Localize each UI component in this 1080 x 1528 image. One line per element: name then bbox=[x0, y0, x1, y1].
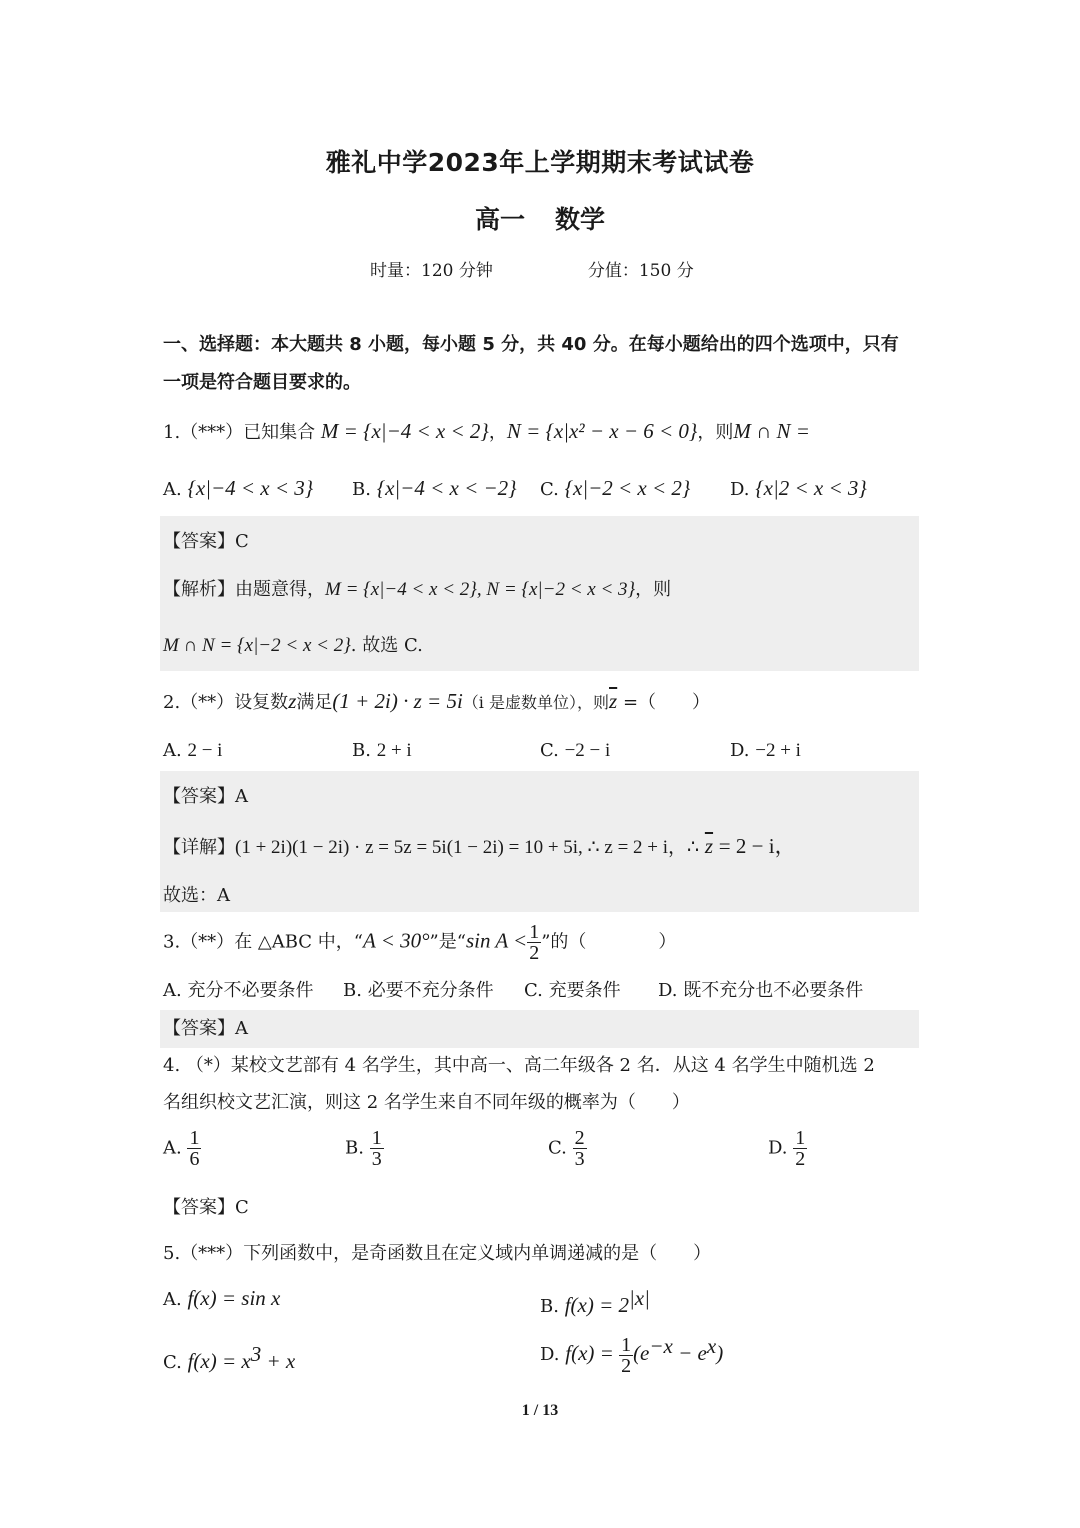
q1-option-a: A. {x|−4 < x < 3} bbox=[163, 476, 313, 501]
question-4-stem-line1: 4. （*）某校文艺部有 4 名学生，其中高一、高二年级各 2 名．从这 4 名… bbox=[163, 1051, 875, 1077]
numerator: 1 bbox=[187, 1128, 201, 1149]
difficulty: （**） bbox=[180, 932, 234, 953]
set-N: N = {x|x² − x − 6 < 0} bbox=[507, 419, 698, 443]
option-text: f(x) = x bbox=[188, 1349, 251, 1373]
question-3-stem: 3.（**）在 △ABC 中，“A < 30°”是“sin A <12”的（ ） bbox=[163, 922, 676, 963]
q3-answer-box bbox=[160, 1010, 919, 1048]
condition-b: sin A < bbox=[466, 929, 527, 953]
option-text: {x|−2 < x < 2} bbox=[565, 476, 691, 500]
q3-answer: 【答案】A bbox=[163, 1014, 248, 1040]
q2-conclusion: 故选：A bbox=[163, 881, 230, 907]
analysis-text: 由题意得， bbox=[235, 579, 325, 600]
q2-detail: 【详解】(1 + 2i)(1 − 2i) · z = 5z = 5i(1 − 2… bbox=[163, 830, 796, 860]
option-label: D. bbox=[768, 1138, 788, 1159]
q1-analysis-line1: 【解析】由题意得，M = {x|−4 < x < 2}, N = {x|−2 <… bbox=[163, 575, 671, 601]
q2-option-a: A. 2 − i bbox=[163, 740, 222, 762]
section-heading-line1: 一、选择题：本大题共 8 小题，每小题 5 分，共 40 分。在每小题给出的四个… bbox=[163, 330, 899, 356]
numerator: 1 bbox=[793, 1128, 807, 1149]
denominator: 6 bbox=[189, 1149, 199, 1169]
option-mid: − e bbox=[673, 1341, 707, 1365]
q1-option-d: D. {x|2 < x < 3} bbox=[730, 476, 867, 501]
duration: 时量：120 分钟 bbox=[370, 261, 493, 281]
analysis-math: M ∩ N = {x|−2 < x < 2} bbox=[163, 635, 351, 656]
option-text: 充分不必要条件 bbox=[187, 980, 313, 1001]
option-label: B. bbox=[352, 740, 371, 761]
q1-answer: 【答案】C bbox=[163, 527, 249, 553]
analysis-math: M = {x|−4 < x < 2}, N = {x|−2 < x < 3} bbox=[325, 579, 635, 600]
option-label: B. bbox=[343, 980, 362, 1001]
fraction: 13 bbox=[370, 1128, 384, 1169]
option-text: 充要条件 bbox=[549, 980, 621, 1001]
q3-option-a: A. 充分不必要条件 bbox=[163, 976, 313, 1002]
option-label: B. bbox=[345, 1138, 364, 1159]
numerator: 1 bbox=[370, 1128, 384, 1149]
q4-answer: 【答案】C bbox=[163, 1193, 249, 1219]
option-text: −2 + i bbox=[755, 740, 801, 761]
subject: 数学 bbox=[555, 205, 605, 234]
option-text: {x|−4 < x < −2} bbox=[377, 476, 517, 500]
question-5-stem: 5.（***）下列函数中，是奇函数且在定义域内单调递减的是（ ） bbox=[163, 1239, 711, 1265]
question-2-stem: 2.（**）设复数z满足(1 + 2i) · z = 5i（i 是虚数单位），则… bbox=[163, 688, 710, 714]
exponent: −x bbox=[649, 1334, 673, 1358]
denominator: 3 bbox=[575, 1149, 585, 1169]
fraction: 16 bbox=[187, 1128, 201, 1169]
option-label: D. bbox=[658, 980, 678, 1001]
fraction: 12 bbox=[793, 1128, 807, 1169]
separator: ， bbox=[489, 422, 507, 443]
option-label: A. bbox=[163, 980, 182, 1001]
option-label: C. bbox=[540, 479, 559, 500]
denominator: 3 bbox=[372, 1149, 382, 1169]
conjugate-z: z bbox=[705, 834, 713, 858]
q1-option-c: C. {x|−2 < x < 2} bbox=[540, 476, 690, 501]
detail-tail: = 2 − i， bbox=[719, 834, 796, 858]
q2-option-d: D. −2 + i bbox=[730, 740, 801, 762]
answer-value: A bbox=[235, 786, 248, 807]
option-text: 必要不充分条件 bbox=[368, 980, 494, 1001]
option-text: f(x) = 2 bbox=[565, 1293, 629, 1317]
q1-option-b: B. {x|−4 < x < −2} bbox=[352, 476, 517, 501]
numerator: 2 bbox=[573, 1128, 587, 1149]
answer-value: C bbox=[235, 1197, 249, 1218]
fraction: 12 bbox=[527, 922, 541, 963]
option-label: C. bbox=[548, 1138, 567, 1159]
option-text: f(x) = sin x bbox=[187, 1286, 280, 1310]
numerator: 1 bbox=[527, 922, 541, 943]
option-label: A. bbox=[163, 479, 182, 500]
answer-value: C bbox=[235, 531, 249, 552]
answer-label: 【答案】 bbox=[163, 1018, 235, 1039]
section-heading-line2: 一项是符合题目要求的。 bbox=[163, 368, 361, 394]
stem-text: 满足 bbox=[296, 692, 332, 713]
q2-answer: 【答案】A bbox=[163, 782, 248, 808]
answer-label: 【答案】 bbox=[163, 1197, 235, 1218]
question-1-stem: 1.（***）已知集合 M = {x|−4 < x < 2}，N = {x|x²… bbox=[163, 418, 810, 444]
option-tail: (e bbox=[633, 1341, 649, 1365]
intersection: M ∩ N = bbox=[733, 419, 810, 443]
stem-text: 某校文艺部有 4 名学生，其中高一、高二年级各 2 名．从这 4 名学生中随机选… bbox=[231, 1055, 875, 1076]
stem-text: 设复数 bbox=[234, 692, 288, 713]
exam-subtitle: 高一数学 bbox=[0, 200, 1080, 236]
stem-note: （i 是虚数单位），则 bbox=[463, 693, 609, 712]
answer-label: 【答案】 bbox=[163, 531, 235, 552]
stem-text: 已知集合 bbox=[243, 422, 315, 443]
option-text: 2 − i bbox=[187, 740, 222, 761]
q1-analysis-line2: M ∩ N = {x|−2 < x < 2}. 故选 C. bbox=[163, 631, 423, 657]
option-label: D. bbox=[540, 1344, 560, 1365]
q4-option-b: B. 13 bbox=[345, 1128, 384, 1169]
option-label: C. bbox=[163, 1352, 182, 1373]
analysis-tail: . 故选 C. bbox=[351, 635, 423, 656]
page-number: 1 / 13 bbox=[0, 1402, 1080, 1420]
option-text: 2 + i bbox=[377, 740, 412, 761]
stem-mid: ”是“ bbox=[430, 932, 466, 953]
stem-text: 下列函数中，是奇函数且在定义域内单调递减的是（ ） bbox=[243, 1243, 711, 1264]
exponent: |x| bbox=[629, 1286, 650, 1310]
grade: 高一 bbox=[475, 205, 525, 234]
q5-option-b: B. f(x) = 2|x| bbox=[540, 1286, 650, 1318]
fraction: 12 bbox=[619, 1335, 633, 1376]
q5-option-a: A. f(x) = sin x bbox=[163, 1286, 280, 1311]
q2-option-b: B. 2 + i bbox=[352, 740, 412, 762]
exponent: x bbox=[707, 1334, 716, 1358]
condition-a: A < 30° bbox=[363, 929, 430, 953]
answer-value: A bbox=[235, 1018, 248, 1039]
question-number: 3. bbox=[163, 932, 180, 953]
total-score: 分值：150 分 bbox=[588, 261, 694, 281]
question-number: 2. bbox=[163, 692, 180, 713]
conjugate-z: z bbox=[609, 689, 617, 713]
option-label: B. bbox=[352, 479, 371, 500]
q3-option-b: B. 必要不充分条件 bbox=[343, 976, 494, 1002]
exponent: 3 bbox=[251, 1342, 262, 1366]
option-text: 既不充分也不必要条件 bbox=[683, 980, 863, 1001]
option-text: {x|−4 < x < 3} bbox=[187, 476, 313, 500]
difficulty: （*） bbox=[186, 1055, 231, 1076]
set-M: M = {x|−4 < x < 2} bbox=[321, 419, 489, 443]
equation: (1 + 2i) · z = 5i bbox=[332, 689, 462, 713]
option-label: C. bbox=[524, 980, 543, 1001]
difficulty: （**） bbox=[180, 692, 234, 713]
option-label: A. bbox=[163, 1289, 182, 1310]
denominator: 2 bbox=[621, 1356, 631, 1376]
q3-option-d: D. 既不充分也不必要条件 bbox=[658, 976, 863, 1002]
question-4-stem-line2: 名组织校文艺汇演，则这 2 名学生来自不同年级的概率为（ ） bbox=[163, 1088, 690, 1114]
option-label: A. bbox=[163, 1138, 182, 1159]
option-label: C. bbox=[540, 740, 559, 761]
q3-option-c: C. 充要条件 bbox=[524, 976, 621, 1002]
numerator: 1 bbox=[619, 1335, 633, 1356]
exam-title: 雅礼中学2023年上学期期末考试试卷 bbox=[0, 143, 1080, 179]
q4-option-d: D. 12 bbox=[768, 1128, 807, 1169]
answer-label: 【答案】 bbox=[163, 786, 235, 807]
difficulty: （***） bbox=[180, 1243, 243, 1264]
question-number: 5. bbox=[163, 1243, 180, 1264]
stem-text: 在 △ABC 中，“ bbox=[234, 932, 363, 953]
q5-option-d: D. f(x) = 12(e−x − ex) bbox=[540, 1334, 723, 1376]
stem-tail: ”的（ ） bbox=[541, 932, 676, 953]
stem-tail: ，则 bbox=[697, 422, 733, 443]
option-label: D. bbox=[730, 479, 750, 500]
exam-meta: 时量：120 分钟分值：150 分 bbox=[370, 256, 694, 281]
analysis-label: 【解析】 bbox=[163, 579, 235, 600]
fraction: 23 bbox=[573, 1128, 587, 1169]
option-text: f(x) = bbox=[565, 1341, 619, 1365]
option-label: B. bbox=[540, 1296, 559, 1317]
denominator: 2 bbox=[795, 1149, 805, 1169]
q5-option-c: C. f(x) = x3 + x bbox=[163, 1342, 295, 1374]
analysis-tail: ，则 bbox=[635, 579, 671, 600]
option-label: D. bbox=[730, 740, 750, 761]
q4-option-c: C. 23 bbox=[548, 1128, 587, 1169]
detail-math: (1 + 2i)(1 − 2i) · z = 5z = 5i(1 − 2i) =… bbox=[235, 837, 699, 858]
option-end: ) bbox=[716, 1341, 723, 1365]
option-tail: + x bbox=[261, 1349, 295, 1373]
question-number: 1. bbox=[163, 422, 180, 443]
question-number: 4. bbox=[163, 1055, 180, 1076]
q4-option-a: A. 16 bbox=[163, 1128, 201, 1169]
denominator: 2 bbox=[529, 943, 539, 963]
option-label: A. bbox=[163, 740, 182, 761]
q2-option-c: C. −2 − i bbox=[540, 740, 610, 762]
detail-label: 【详解】 bbox=[163, 837, 235, 858]
difficulty: （***） bbox=[180, 422, 243, 443]
stem-tail: =（ ） bbox=[623, 692, 710, 713]
option-text: {x|2 < x < 3} bbox=[755, 476, 867, 500]
option-text: −2 − i bbox=[565, 740, 611, 761]
